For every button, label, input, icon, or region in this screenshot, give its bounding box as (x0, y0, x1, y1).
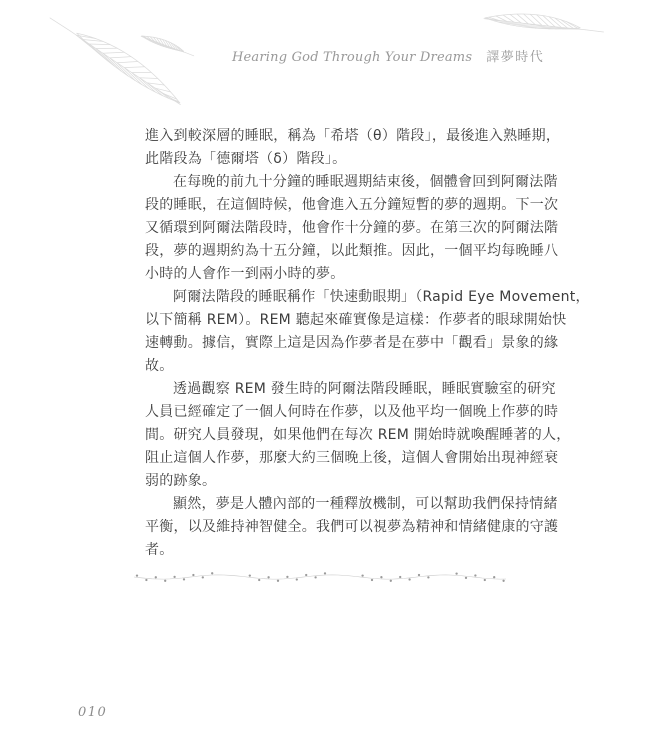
text-line: 段的睡眠，在這個時候，他會進入五分鐘短暫的夢的週期。下一次 (145, 194, 545, 217)
text-line: 又循環到阿爾法階段時，他會作十分鐘的夢。在第三次的阿爾法階 (145, 217, 545, 240)
text-line: 透過觀察 REM 發生時的阿爾法階段睡眠，睡眠實驗室的研究 (145, 378, 545, 401)
page-number: 010 (78, 705, 107, 720)
text-line: 以下簡稱 REM）。REM 聽起來確實像是這樣：作夢者的眼球開始快 (145, 309, 545, 332)
text-line: 間。研究人員發現，如果他們在每次 REM 開始時就喚醒睡著的人， (145, 424, 545, 447)
section-divider (134, 569, 506, 585)
text-line: 阻止這個人作夢，那麼大約三個晚上後，這個人會開始出現神經衰 (145, 447, 545, 470)
feather-icon (484, 5, 604, 44)
text-line: 在每晚的前九十分鐘的睡眠週期結束後，個體會回到阿爾法階 (145, 171, 545, 194)
body-text: 進入到較深層的睡眠，稱為「希塔（θ）階段」，最後進入熟睡期， 此階段為「德爾塔（… (145, 125, 545, 562)
text-line: 小時的人會作一到兩小時的夢。 (145, 263, 545, 286)
feather-icon (139, 36, 195, 56)
text-line: 此階段為「德爾塔（δ）階段」。 (145, 148, 545, 171)
running-head-title-english: Hearing God Through Your Dreams (232, 50, 472, 65)
text-line: 故。 (145, 355, 545, 378)
text-line: 人員已經確定了一個人何時在作夢，以及他平均一個晚上作夢的時 (145, 401, 545, 424)
text-line: 弱的跡象。 (145, 470, 545, 493)
text-line: 顯然，夢是人體內部的一種釋放機制，可以幫助我們保持情緒 (145, 493, 545, 516)
running-head-title-chinese: 譯夢時代 (486, 46, 544, 65)
feather-icon (50, 0, 182, 128)
text-line: 者。 (145, 539, 545, 562)
divider-wavy-line (134, 575, 506, 579)
book-page: Hearing God Through Your Dreams 譯夢時代 進入到… (0, 0, 650, 750)
text-line: 速轉動。據信，實際上這是因為作夢者是在夢中「觀看」景象的緣 (145, 332, 545, 355)
text-line: 進入到較深層的睡眠，稱為「希塔（θ）階段」，最後進入熟睡期， (145, 125, 545, 148)
text-line: 阿爾法階段的睡眠稱作「快速動眼期」（Rapid Eye Movement， (145, 286, 545, 309)
text-line: 平衡，以及維持神智健全。我們可以視夢為精神和情緒健康的守護 (145, 516, 545, 539)
running-head: Hearing God Through Your Dreams 譯夢時代 (232, 46, 544, 65)
text-line: 段，夢的週期約為十五分鐘，以此類推。因此，一個平均每晚睡八 (145, 240, 545, 263)
